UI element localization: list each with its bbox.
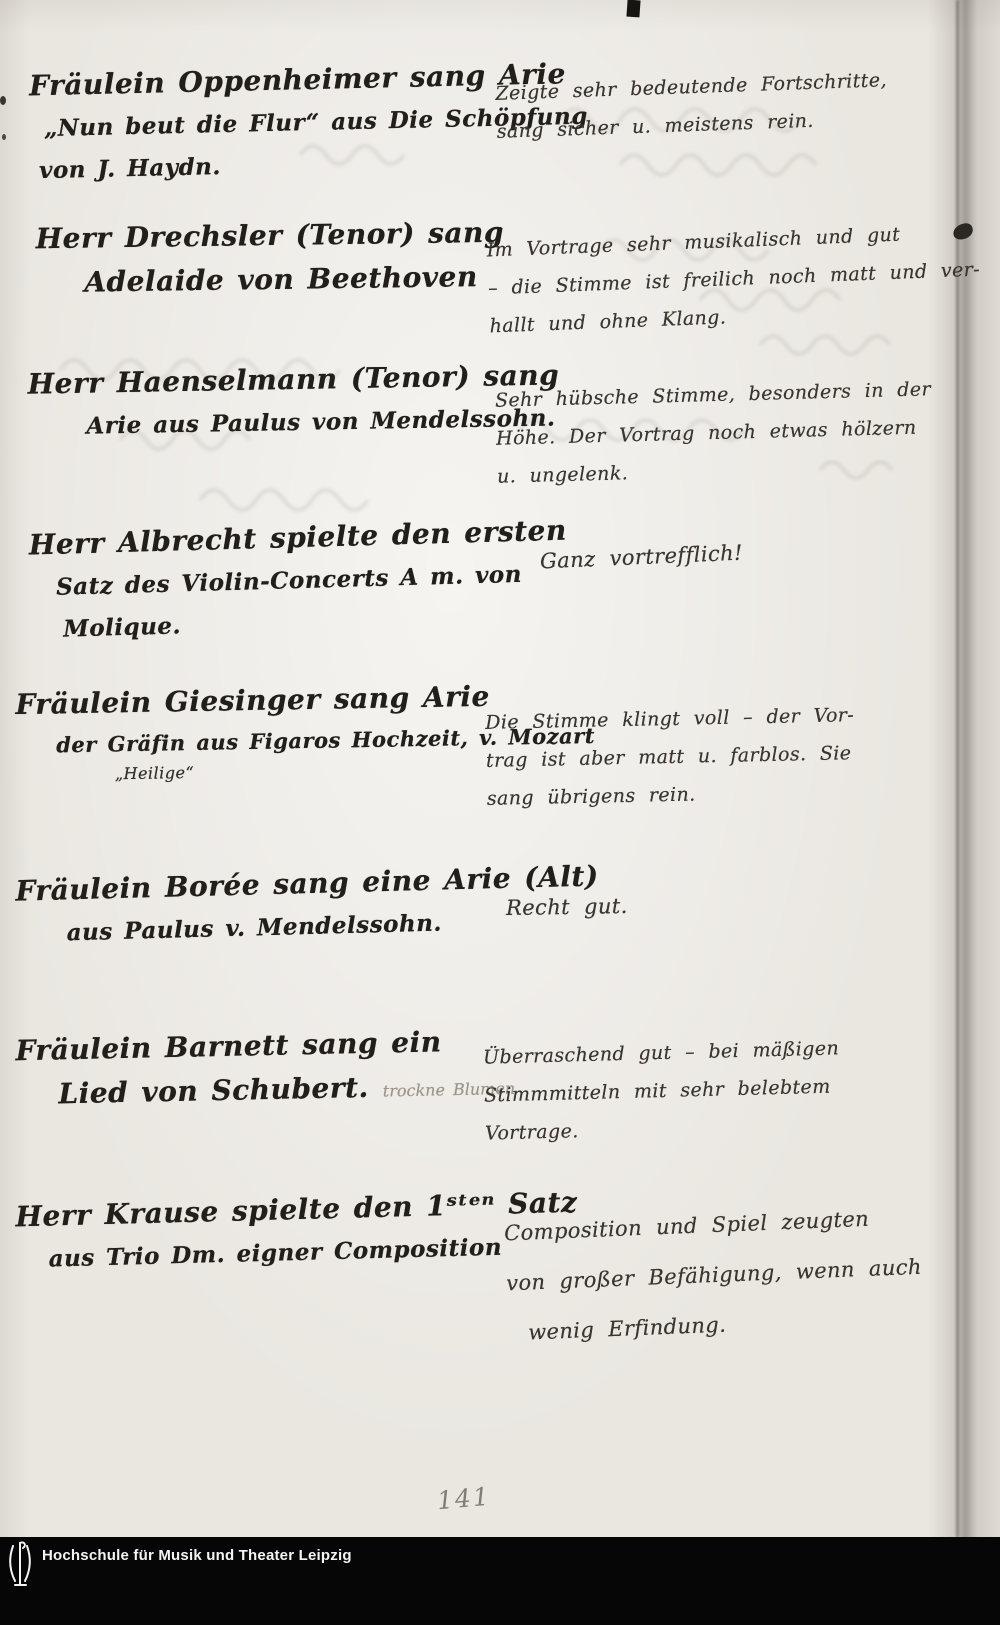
comment-line: sang übrigens rein. (486, 772, 856, 818)
comment-haenselmann: Sehr hübsche Stimme, besonders in der Hö… (495, 370, 934, 495)
hmt-leipzig-logo-icon (6, 1541, 36, 1589)
comment-barnett: Überraschend gut – bei mäßigen Stimmmitt… (483, 1029, 842, 1152)
entry-albrecht: Herr Albrecht spielte den ersten Satz de… (28, 509, 569, 652)
page-number: 141 (436, 1482, 492, 1516)
footer-bar: Hochschule für Musik und Theater Leipzig (0, 1537, 1000, 1625)
edge-speck (0, 96, 6, 105)
entry-barnett: Fräulein Barnett sang ein Lied von Schub… (15, 1019, 516, 1121)
footer-institution: Hochschule für Musik und Theater Leipzig (42, 1547, 352, 1564)
edge-speck (2, 134, 6, 140)
comment-line: Recht gut. (506, 887, 628, 927)
piece-line: Arie aus Paulus von Mendelssohn. (86, 397, 560, 447)
scanned-manuscript-page: { "page_number": "141", "footer": { "ins… (0, 0, 1000, 1625)
entry-haenselmann: Herr Haenselmann (Tenor) sang Arie aus P… (27, 353, 560, 448)
comment-giesinger: Die Stimme klingt voll – der Vor- trag i… (485, 696, 856, 818)
piece-line: Lied von Schubert.trockne Blumen (58, 1063, 516, 1121)
comment-oppenheimer: Zeigte sehr bedeutende Fortschritte, san… (495, 61, 889, 151)
comment-drechsler: Im Vortrage sehr musikalisch und gut – d… (486, 213, 982, 346)
comment-line: trag ist aber matt u. farblos. Sie (486, 734, 856, 780)
comment-boree: Recht gut. (506, 887, 628, 927)
top-edge-ink-mark (626, 0, 640, 17)
piece-line: Adelaide von Beethoven (84, 255, 505, 305)
comment-krause: Composition und Spiel zeugten von großer… (503, 1192, 925, 1359)
entry-drechsler: Herr Drechsler (Tenor) sang Adelaide von… (35, 211, 504, 306)
performer-line: Herr Drechsler (Tenor) sang (35, 211, 504, 262)
piece-line-text: Lied von Schubert. (58, 1071, 369, 1110)
entry-krause: Herr Krause spielte den 1ˢᵗᵉⁿ Satz aus T… (15, 1181, 579, 1282)
